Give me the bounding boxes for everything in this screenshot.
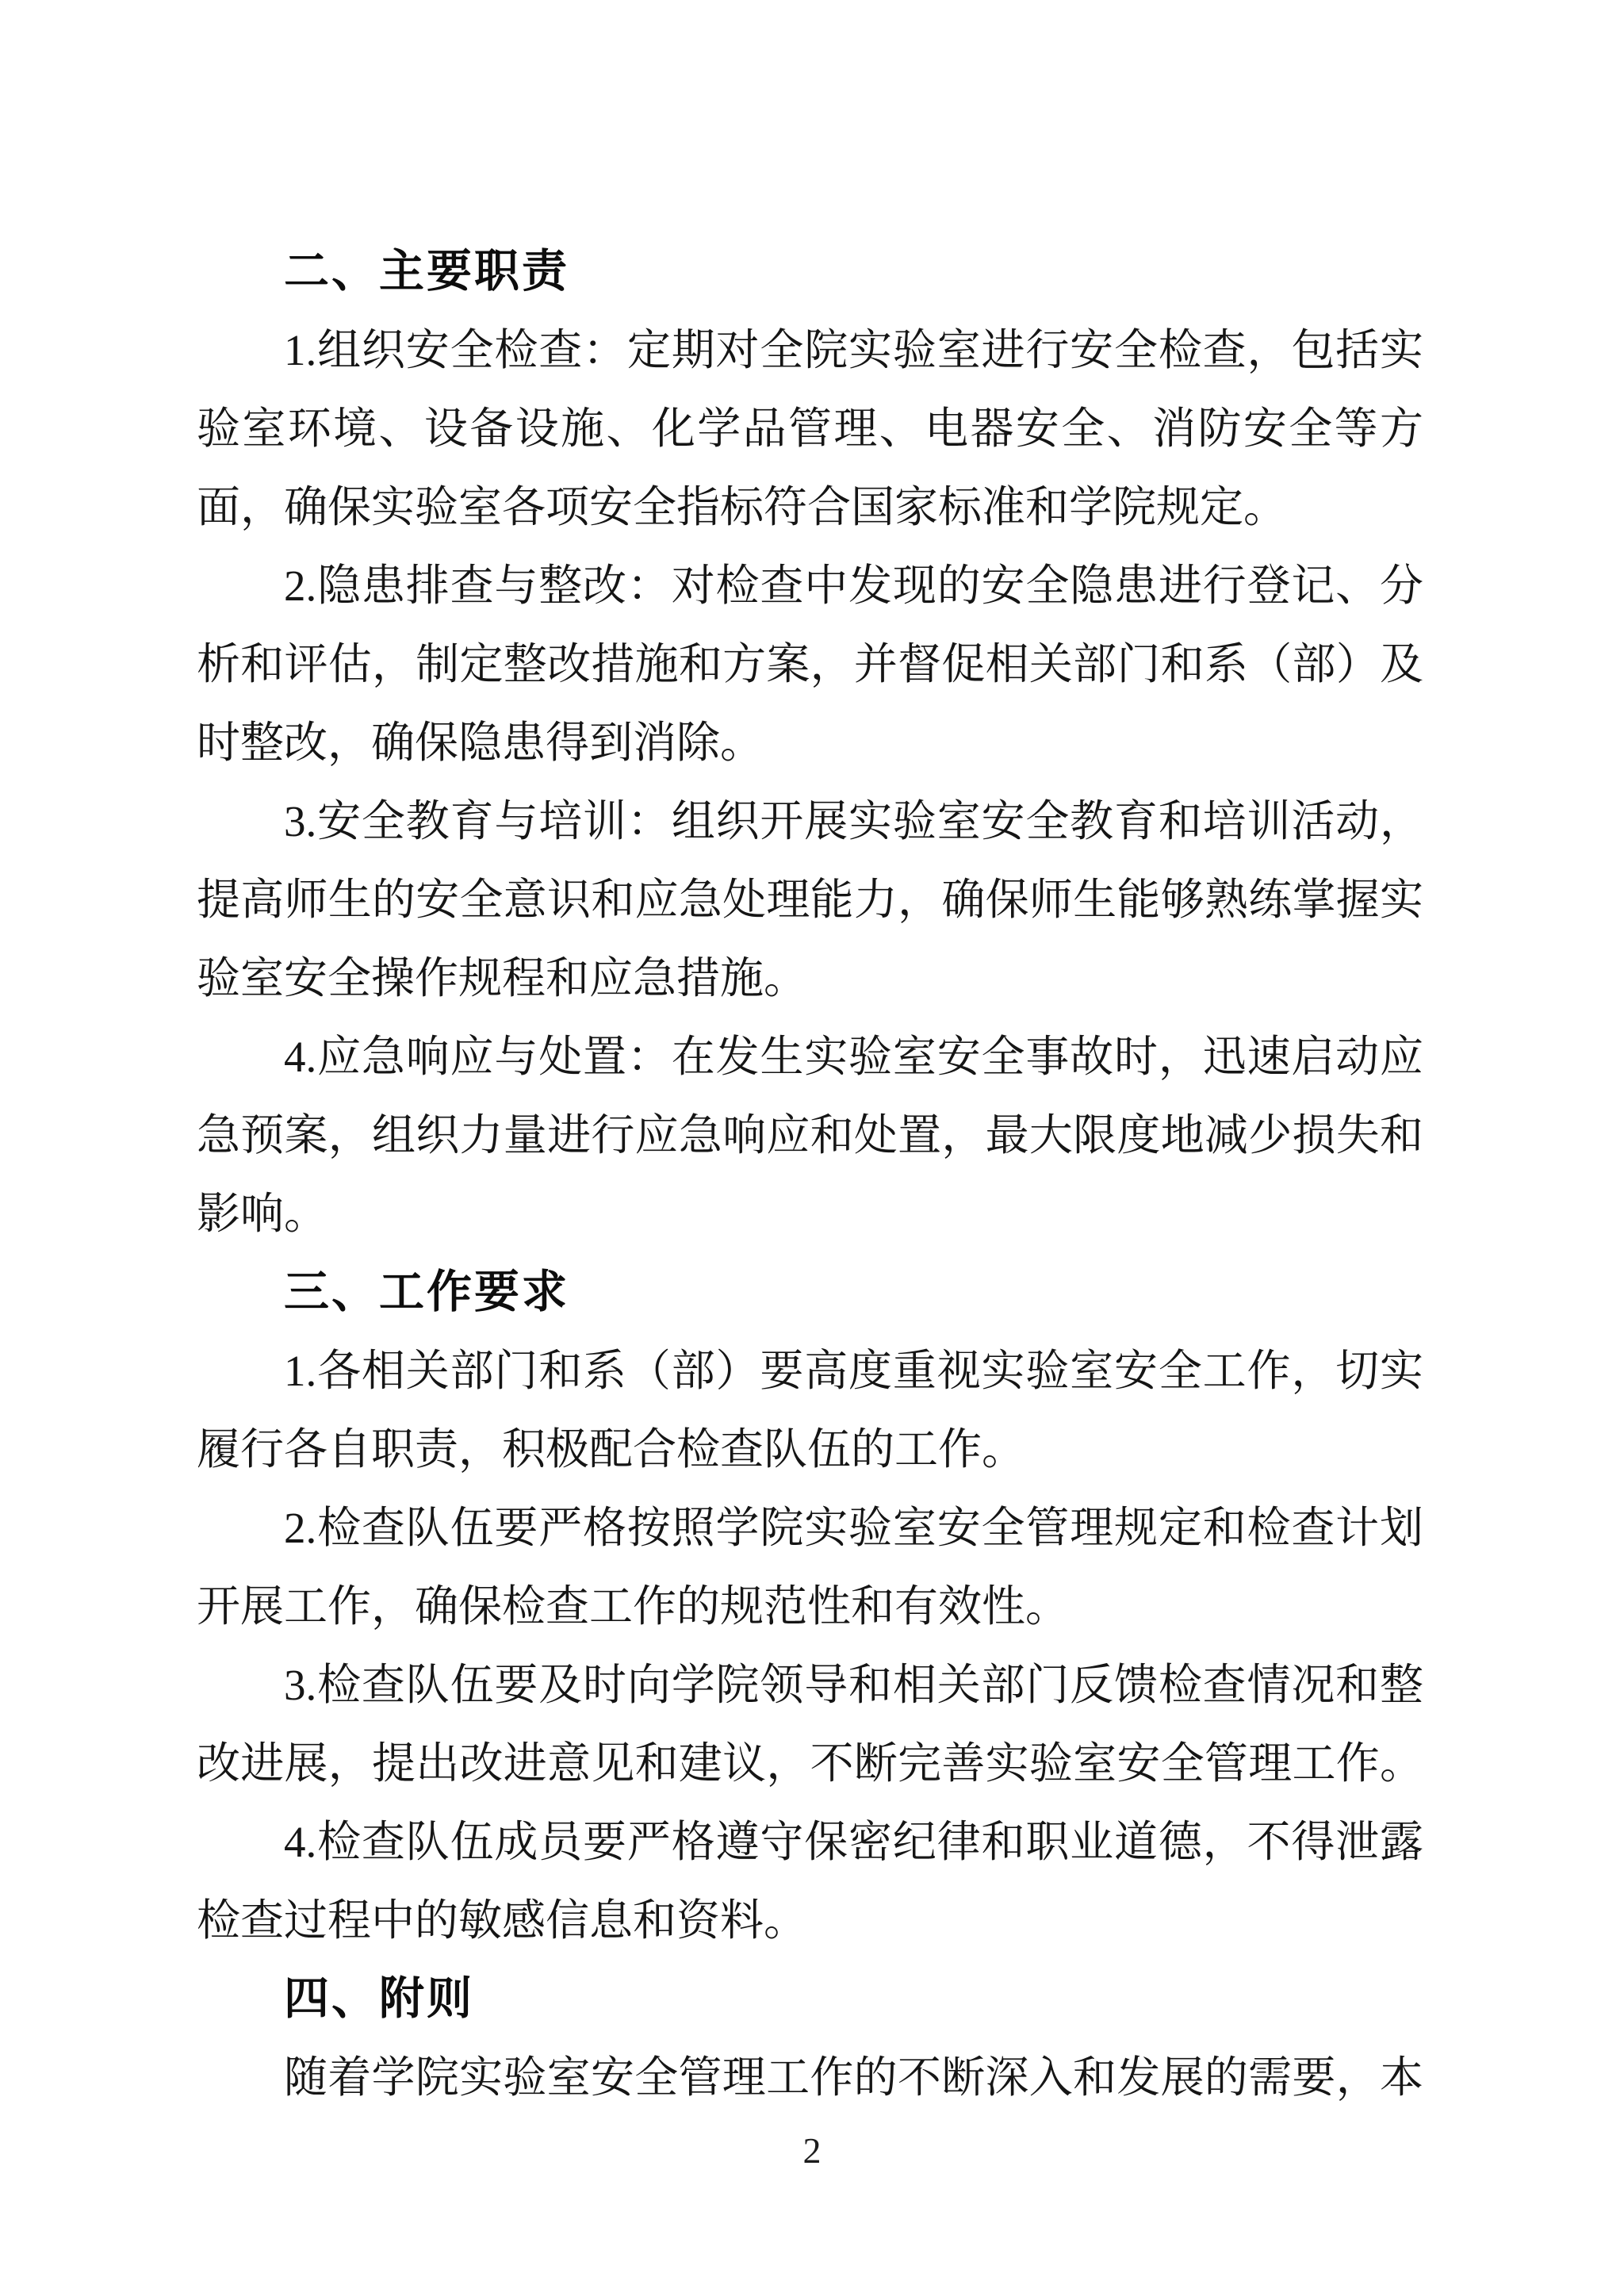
doc-line: 改进展，提出改进意见和建议，不断完善实验室安全管理工作。 (197, 1724, 1423, 1803)
doc-line: 验室安全操作规程和应急措施。 (197, 939, 1423, 1018)
doc-line: 2.检查队伍要严格按照学院实验室安全管理规定和检查计划 (197, 1489, 1423, 1567)
doc-line: 1.各相关部门和系（部）要高度重视实验室安全工作，切实 (197, 1332, 1423, 1410)
section-heading-duties: 二、主要职责 (197, 232, 1423, 311)
document-page: 二、主要职责 1.组织安全检查：定期对全院实验室进行安全检查，包括实 验室环境、… (0, 0, 1624, 2296)
doc-line: 提高师生的安全意识和应急处理能力，确保师生能够熟练掌握实 (197, 861, 1423, 939)
doc-line: 3.安全教育与培训：组织开展实验室安全教育和培训活动， (197, 782, 1423, 861)
doc-line: 随着学院实验室安全管理工作的不断深入和发展的需要，本 (197, 2038, 1423, 2117)
doc-line: 3.检查队伍要及时向学院领导和相关部门反馈检查情况和整 (197, 1646, 1423, 1724)
document-body: 二、主要职责 1.组织安全检查：定期对全院实验室进行安全检查，包括实 验室环境、… (197, 232, 1423, 2117)
page-number: 2 (0, 2119, 1624, 2183)
doc-line: 2.隐患排查与整改：对检查中发现的安全隐患进行登记、分 (197, 546, 1423, 625)
doc-line: 析和评估，制定整改措施和方案，并督促相关部门和系（部）及 (197, 625, 1423, 703)
doc-line: 开展工作，确保检查工作的规范性和有效性。 (197, 1567, 1423, 1646)
doc-line: 急预案，组织力量进行应急响应和处置，最大限度地减少损失和 (197, 1096, 1423, 1175)
doc-line: 验室环境、设备设施、化学品管理、电器安全、消防安全等方 (197, 389, 1423, 468)
section-heading-supplementary: 四、附则 (197, 1960, 1423, 2038)
doc-line: 检查过程中的敏感信息和资料。 (197, 1881, 1423, 1960)
doc-line: 时整改，确保隐患得到消除。 (197, 703, 1423, 782)
doc-line: 影响。 (197, 1175, 1423, 1253)
doc-line: 1.组织安全检查：定期对全院实验室进行安全检查，包括实 (197, 311, 1423, 389)
doc-line: 履行各自职责，积极配合检查队伍的工作。 (197, 1410, 1423, 1489)
doc-line: 面，确保实验室各项安全指标符合国家标准和学院规定。 (197, 468, 1423, 546)
section-heading-requirements: 三、工作要求 (197, 1253, 1423, 1332)
doc-line: 4.应急响应与处置：在发生实验室安全事故时，迅速启动应 (197, 1018, 1423, 1096)
doc-line: 4.检查队伍成员要严格遵守保密纪律和职业道德，不得泄露 (197, 1803, 1423, 1881)
